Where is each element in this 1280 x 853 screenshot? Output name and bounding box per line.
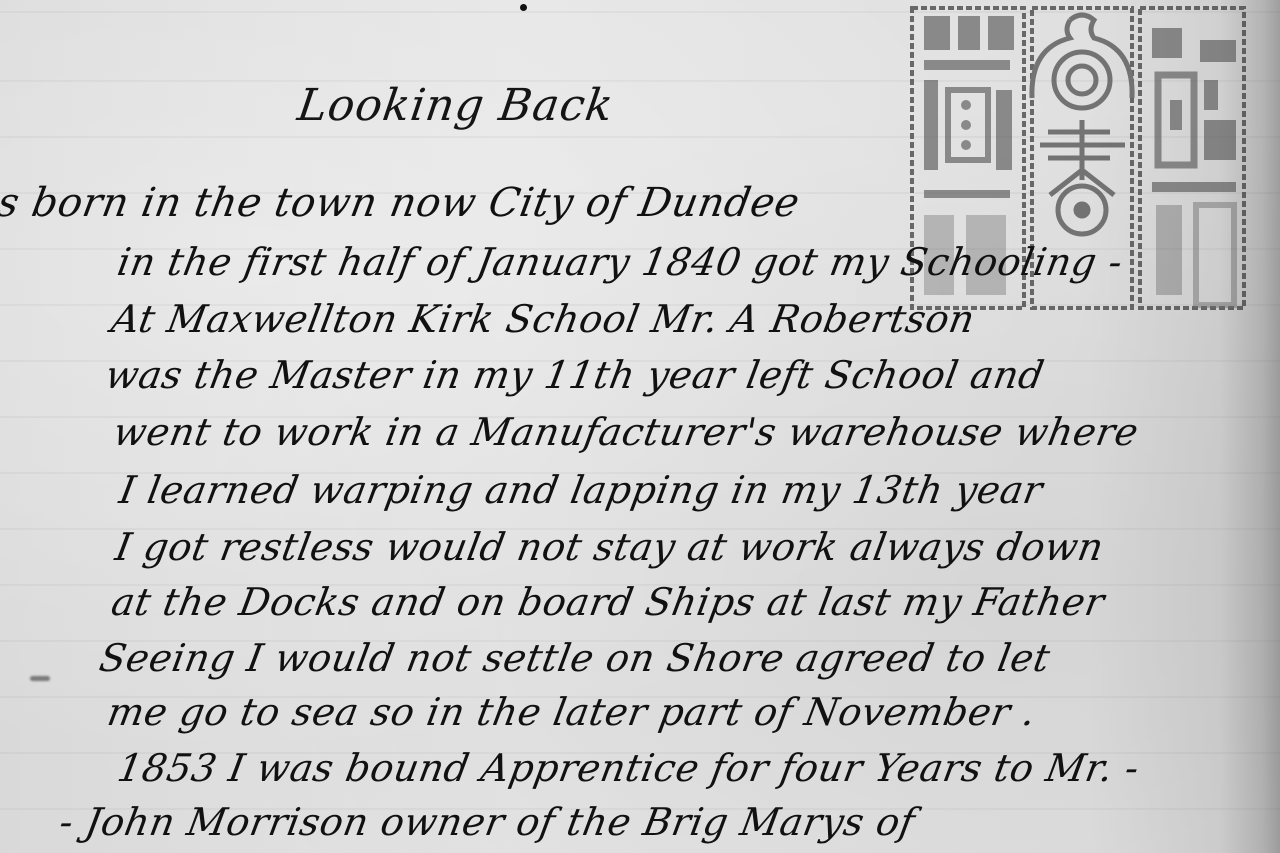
manuscript-line: At Maxwellton Kirk School Mr. A Robertso… — [108, 297, 978, 341]
manuscript-line: went to work in a Manufacturer's warehou… — [110, 410, 1142, 454]
manuscript-line: at the Docks and on board Ships at last … — [108, 580, 1108, 624]
manuscript-line: 1853 I was bound Apprentice for four Yea… — [114, 746, 1143, 790]
manuscript-title: Looking Back — [294, 80, 616, 131]
manuscript-line: - John Morrison owner of the Brig Marys … — [56, 800, 918, 844]
manuscript-line: I got restless would not stay at work al… — [112, 525, 1107, 569]
manuscript-line: me go to sea so in the later part of Nov… — [104, 690, 1039, 734]
ink-dot — [520, 4, 527, 11]
manuscript-line: Seeing I would not settle on Shore agree… — [96, 636, 1053, 680]
ink-smudge — [30, 676, 50, 681]
manuscript-line: I learned warping and lapping in my 13th… — [116, 468, 1046, 512]
manuscript-line: s born in the town now City of Dundee — [0, 180, 803, 226]
manuscript-line: in the first half of January 1840 got my… — [114, 240, 1126, 284]
manuscript-line: was the Master in my 11th year left Scho… — [102, 353, 1048, 397]
manuscript-page: Looking Back s born in the town now City… — [0, 0, 1280, 853]
